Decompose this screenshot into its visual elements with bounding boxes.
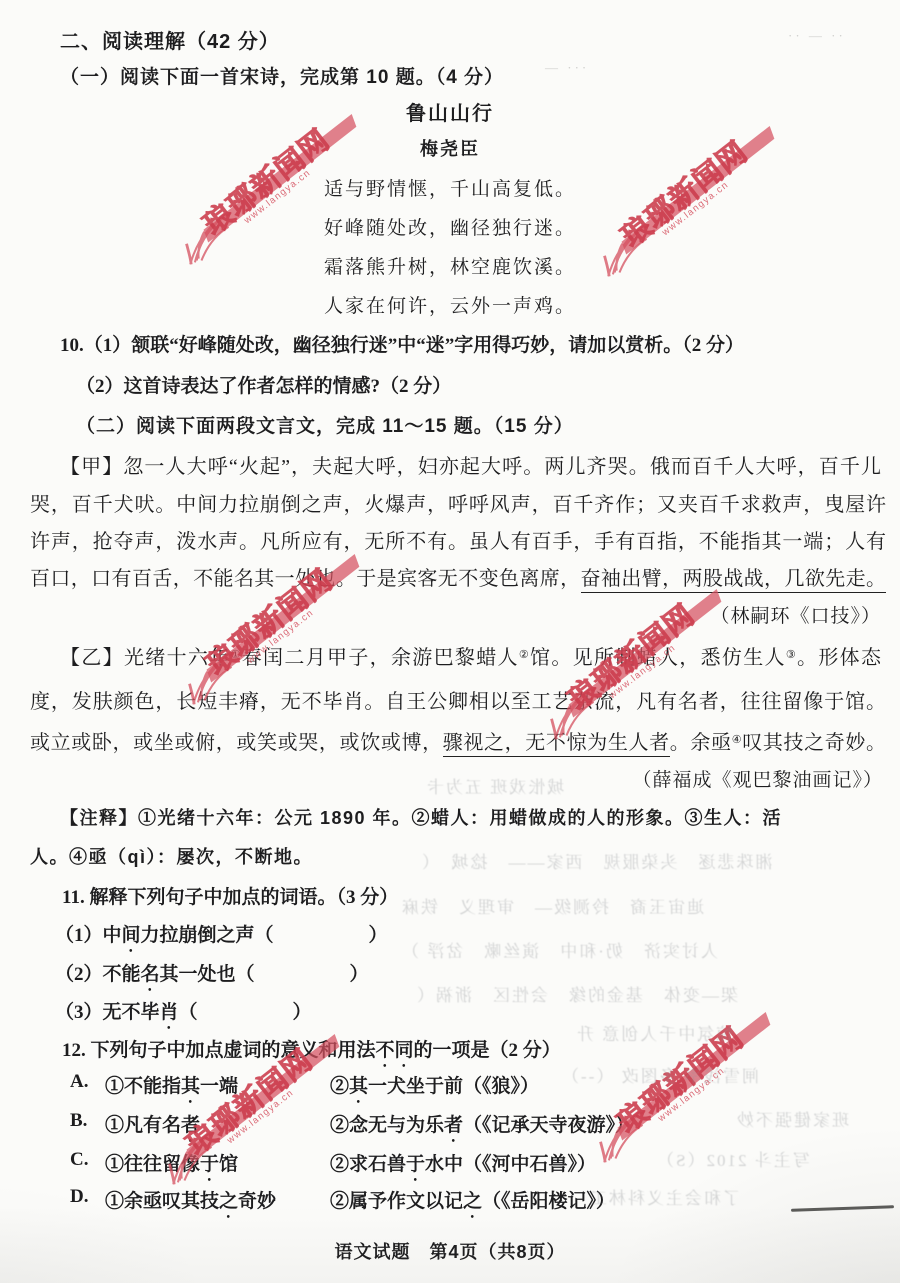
passage-jia-line-3: 许声，抢夺声，泼水声。凡所应有，无所不有。虽人有百手，手有百指，不能指其一端；人… [30, 525, 886, 554]
passage-yi-line-2: 度，发肤颜色，长短丰瘠，无不毕肖。自王公卿相以至工艺杂流，凡有名者，往往留像于馆… [30, 685, 886, 714]
yi-line3-seg: 。余亟 [670, 732, 732, 754]
passage-yi-attribution: （薛福成《观巴黎油画记》） [0, 765, 883, 792]
bleed-through-text: 架—变体 基金的缘 会性区 浙祸（ [415, 981, 738, 1006]
yi-line3-seg: 或立或卧，或坐或俯，或笑或哭，或饮或博， [30, 732, 443, 754]
question-10-1: 10.（1）颔联“好峰随处改，幽径独行迷”中“迷”字用得巧妙，请加以赏析。（2 … [60, 330, 744, 357]
part2-intro: （二）阅读下面两段文言文，完成 11～15 题。（15 分） [76, 411, 574, 438]
note-marker-1: ① [231, 649, 242, 661]
yi-line1-seg: 【乙】光绪十六年 [60, 647, 231, 669]
stray-pen-line [791, 1205, 894, 1212]
bleed-through-text: ·· — ·· [788, 28, 846, 44]
exam-paper-scan-page: 二、阅读理解（42 分） （一）阅读下面一首宋诗，完成第 10 题。（4 分） … [0, 0, 900, 1283]
option-b-col2: ②念无与为乐者（《记承天寺夜游》） [330, 1110, 634, 1147]
option-a-col1: ①不能指其一端 [105, 1071, 238, 1108]
option-b-col1: ①凡有名者 [105, 1110, 200, 1147]
yi-line3-underlined: 骤视之，无不惊为生人者 [443, 732, 670, 757]
page-footer: 语文试题 第4页（共8页） [0, 1238, 900, 1264]
notes-line-1: 【注释】①光绪十六年：公元 1890 年。②蜡人：用蜡做成的人的形象。③生人：活 [60, 804, 782, 830]
option-c-col2: ②求石兽于水中（《河中石兽》） [330, 1149, 596, 1186]
passage-jia-line-4: 百口，口有百舌，不能名其一处也。于是宾客无不变色离席，奋袖出臂，两股战战，几欲先… [30, 562, 886, 591]
watermark-url: www.langya.cn [633, 144, 775, 259]
bleed-through-text: 迪宙玉裔 拎测级— 审理义 铁麻 [400, 893, 704, 918]
question-11-item-3: （3）无不毕肖（ ） [55, 997, 312, 1034]
option-d-col2: ②属予作文以记之（《岳阳楼记》） [330, 1186, 615, 1223]
poem-line: 人家在何许，云外一声鸡。 [0, 291, 900, 318]
question-11-item-2: （2）不能名其一处也（ ） [55, 959, 369, 996]
section-heading: 二、阅读理解（42 分） [60, 25, 280, 54]
question-11-header: 11. 解释下列句子中加点的词语。（3 分） [62, 882, 398, 909]
note-marker-2: ② [519, 649, 530, 661]
bleed-through-text: 班家健强不妙 [735, 1106, 849, 1131]
yi-line1-seg: 。形体态 [797, 647, 881, 669]
bleed-through-text: 写主斗 2102（S） [655, 1146, 810, 1171]
poem-line: 适与野情惬，千山高复低。 [0, 174, 900, 201]
bleed-through-text: 闸雪浅率 多图改 （--） [560, 1062, 759, 1087]
notes-line-2: 人。④亟（qì）：屡次，不断地。 [30, 843, 313, 869]
option-c-col1: ①往往留像于馆 [105, 1149, 238, 1186]
poem-line: 好峰随处改，幽径独行迷。 [0, 213, 900, 240]
watermark-url: www.langya.cn [629, 1030, 771, 1145]
question-12-header: 12. 下列句子中加点虚词的意义和用法不同的一项是（2 分） [62, 1035, 561, 1072]
passage-jia-attribution: （林嗣环《口技》） [0, 601, 881, 628]
bleed-through-text: 惊氛中千人创意 升 [575, 1020, 733, 1045]
bleed-through-text: 湘珠悲逐 头染服规 西家—— 捻城 （ [420, 848, 773, 873]
option-d-col1: ①余亟叹其技之奇妙 [105, 1186, 276, 1223]
bleed-through-text: — ··· [545, 60, 589, 76]
passage-yi-line-1: 【乙】光绪十六年①春闰二月甲子，余游巴黎蜡人②馆。见所制蜡人，悉仿生人③。形体态 [60, 641, 881, 670]
passage-jia-line-2: 哭，百千犬吠。中间力拉崩倒之声，火爆声，呼呼风声，百千齐作；又夹百千求救声，曳屋… [30, 488, 886, 517]
yi-line1-seg: 馆。见所制蜡人，悉仿生人 [530, 647, 786, 669]
part1-intro: （一）阅读下面一首宋诗，完成第 10 题。（4 分） [60, 62, 504, 89]
note-marker-4: ④ [732, 734, 743, 746]
option-d-letter: D. [70, 1186, 88, 1208]
option-a-col2: ②其一犬坐于前（《狼》） [330, 1071, 539, 1108]
poem-line: 霜落熊升树，林空鹿饮溪。 [0, 252, 900, 279]
note-marker-3: ③ [786, 649, 797, 661]
emphasized-char: 间 [122, 925, 141, 946]
watermark: 琅琊新闻网 www.langya.cn [594, 1018, 809, 1183]
yi-line1-seg: 春闰二月甲子，余游巴黎蜡人 [242, 647, 519, 669]
emphasized-char: 肖 [160, 1002, 179, 1023]
question-10-2: （2）这首诗表达了作者怎样的情感?（2 分） [76, 371, 451, 398]
option-c-letter: C. [70, 1149, 88, 1171]
jia-line4-underlined: 奋袖出臂，两股战战，几欲先走。 [581, 568, 886, 593]
passage-yi-line-3: 或立或卧，或坐或俯，或笑或哭，或饮或博，骤视之，无不惊为生人者。余亟④叹其技之奇… [30, 726, 886, 755]
emphasized-word: 不同 [376, 1040, 414, 1061]
option-a-letter: A. [70, 1071, 88, 1093]
passage-jia-line-1: 【甲】忽一人大呼“火起”，夫起大呼，妇亦起大呼。两儿齐哭。俄而百千人大呼，百千儿 [60, 450, 881, 479]
yi-line3-seg: 叹其技之奇妙。 [742, 732, 886, 754]
poem-title: 鲁山山行 [0, 97, 900, 126]
bleed-through-text: 人讨实济 奶·和中 演丝嗽 岔浮 ） [400, 937, 718, 962]
jia-line4-plain: 百口，口有百舌，不能名其一处也。于是宾客无不变色离席， [30, 568, 581, 590]
option-b-letter: B. [70, 1110, 87, 1132]
emphasized-char: 名 [141, 964, 160, 985]
question-11-item-1: （1）中间力拉崩倒之声（ ） [55, 920, 388, 957]
watermark-band [618, 1012, 771, 1141]
poem-author: 梅尧臣 [0, 135, 900, 161]
watermark-text: 琅琊新闻网 [613, 1009, 767, 1139]
